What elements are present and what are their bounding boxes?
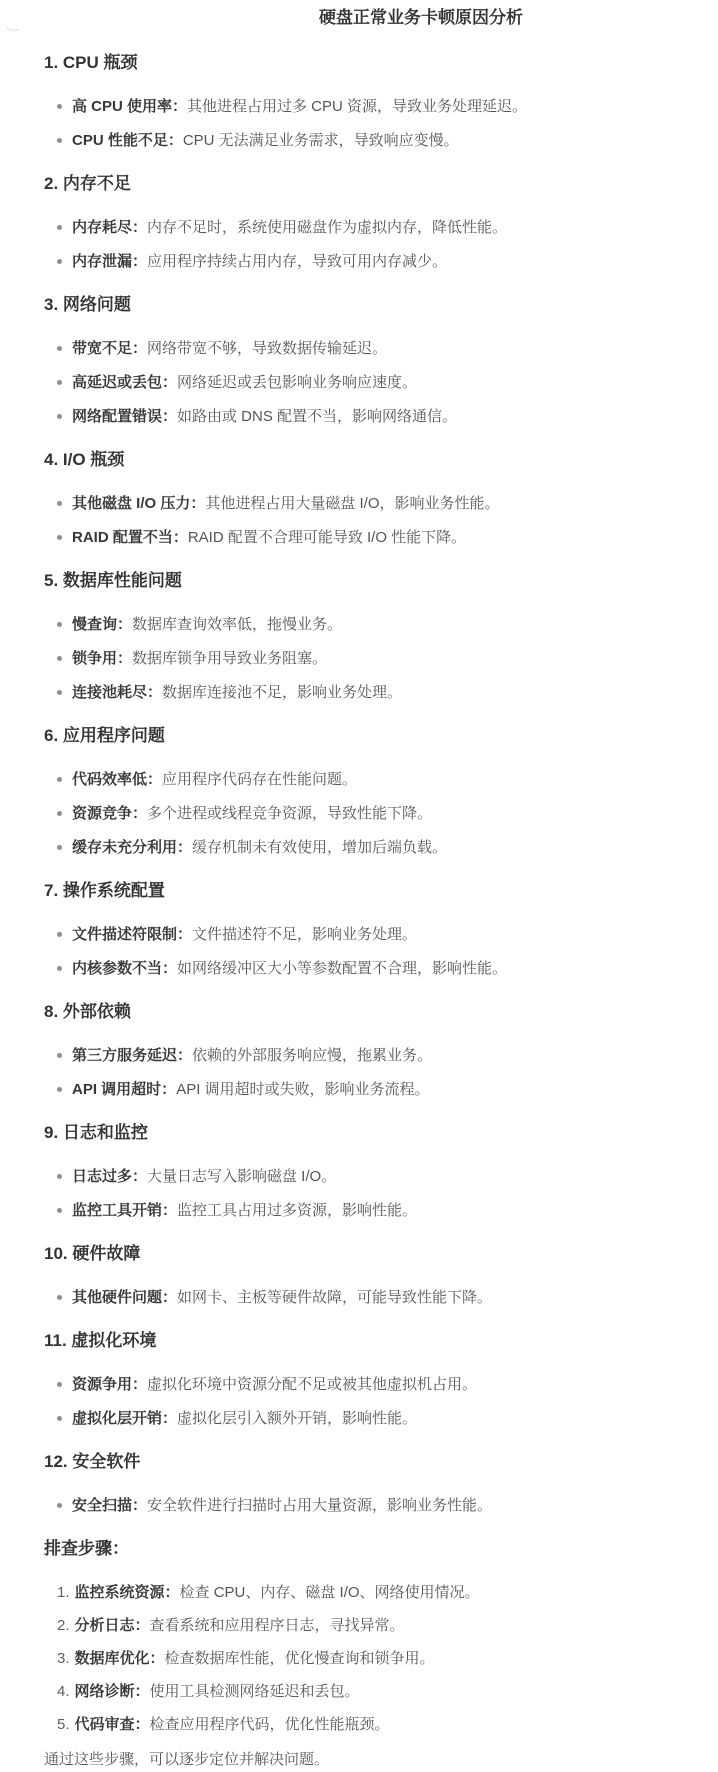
item-desc: 应用程序持续占用内存，导致可用内存减少。: [147, 253, 447, 270]
list-item: 监控工具开销：监控工具占用过多资源，影响性能。: [57, 1200, 694, 1221]
bullet-list: 资源争用：虚拟化环境中资源分配不足或被其他虚拟机占用。 虚拟化层开销：虚拟化层引…: [44, 1374, 694, 1429]
item-desc: 安全软件进行扫描时占用大量资源，影响业务性能。: [147, 1497, 492, 1514]
item-label: 慢查询：: [72, 616, 132, 633]
step-item: 3.数据库优化：检查数据库性能，优化慢查询和锁争用。: [57, 1648, 694, 1669]
item-desc: 内存不足时，系统使用磁盘作为虚拟内存，降低性能。: [147, 219, 507, 236]
item-label: 连接池耗尽：: [72, 684, 162, 701]
step-number: 4.: [57, 1683, 70, 1700]
item-desc: 其他进程占用大量磁盘 I/O，影响业务性能。: [205, 495, 499, 512]
section-title: 1. CPU 瓶颈: [44, 52, 694, 74]
section-os-config: 7. 操作系统配置 文件描述符限制：文件描述符不足，影响业务处理。 内核参数不当…: [44, 880, 694, 979]
item-label: 第三方服务延迟：: [72, 1047, 192, 1064]
item-desc: CPU 无法满足业务需求，导致响应变慢。: [183, 132, 459, 149]
section-memory: 2. 内存不足 内存耗尽：内存不足时，系统使用磁盘作为虚拟内存，降低性能。 内存…: [44, 173, 694, 272]
item-desc: 依赖的外部服务响应慢，拖累业务。: [192, 1047, 432, 1064]
list-item: RAID 配置不当：RAID 配置不合理可能导致 I/O 性能下降。: [57, 527, 694, 548]
bullet-list: 其他磁盘 I/O 压力：其他进程占用大量磁盘 I/O，影响业务性能。 RAID …: [44, 493, 694, 548]
section-network: 3. 网络问题 带宽不足：网络带宽不够，导致数据传输延迟。 高延迟或丢包：网络延…: [44, 294, 694, 427]
item-label: 其他硬件问题：: [72, 1289, 177, 1306]
list-item: 缓存未充分利用：缓存机制未有效使用，增加后端负载。: [57, 837, 694, 858]
list-item: 锁争用：数据库锁争用导致业务阻塞。: [57, 648, 694, 669]
step-label: 网络诊断：: [75, 1683, 150, 1700]
item-label: 其他磁盘 I/O 压力：: [72, 495, 205, 512]
section-title: 7. 操作系统配置: [44, 880, 694, 902]
bullet-list: 带宽不足：网络带宽不够，导致数据传输延迟。 高延迟或丢包：网络延迟或丢包影响业务…: [44, 338, 694, 427]
section-title: 4. I/O 瓶颈: [44, 449, 694, 471]
step-desc: 查看系统和应用程序日志，寻找异常。: [150, 1617, 405, 1634]
step-number: 5.: [57, 1716, 70, 1733]
section-title: 10. 硬件故障: [44, 1243, 694, 1265]
page-title: 硬盘正常业务卡顿原因分析: [319, 6, 694, 30]
section-title: 5. 数据库性能问题: [44, 570, 694, 592]
list-item: 网络配置错误：如路由或 DNS 配置不当，影响网络通信。: [57, 406, 694, 427]
section-title: 11. 虚拟化环境: [44, 1330, 694, 1352]
item-desc: 应用程序代码存在性能问题。: [162, 771, 357, 788]
item-label: 带宽不足：: [72, 340, 147, 357]
list-item: 内核参数不当：如网络缓冲区大小等参数配置不合理，影响性能。: [57, 958, 694, 979]
item-desc: 虚拟化层引入额外开销，影响性能。: [177, 1410, 417, 1427]
section-external-deps: 8. 外部依赖 第三方服务延迟：依赖的外部服务响应慢，拖累业务。 API 调用超…: [44, 1001, 694, 1100]
item-desc: 数据库连接池不足，影响业务处理。: [162, 684, 402, 701]
section-title: 3. 网络问题: [44, 294, 694, 316]
step-desc: 检查数据库性能，优化慢查询和锁争用。: [165, 1650, 435, 1667]
section-hardware: 10. 硬件故障 其他硬件问题：如网卡、主板等硬件故障，可能导致性能下降。: [44, 1243, 694, 1308]
bullet-list: 日志过多：大量日志写入影响磁盘 I/O。 监控工具开销：监控工具占用过多资源，影…: [44, 1166, 694, 1221]
section-troubleshooting-steps: 排查步骤： 1.监控系统资源：检查 CPU、内存、磁盘 I/O、网络使用情况。 …: [44, 1538, 694, 1735]
item-label: 高延迟或丢包：: [72, 374, 177, 391]
bullet-list: 内存耗尽：内存不足时，系统使用磁盘作为虚拟内存，降低性能。 内存泄漏：应用程序持…: [44, 217, 694, 272]
bullet-list: 代码效率低：应用程序代码存在性能问题。 资源竞争：多个进程或线程竞争资源，导致性…: [44, 769, 694, 858]
list-item: 慢查询：数据库查询效率低，拖慢业务。: [57, 614, 694, 635]
bullet-list: 第三方服务延迟：依赖的外部服务响应慢，拖累业务。 API 调用超时：API 调用…: [44, 1045, 694, 1100]
list-item: 虚拟化层开销：虚拟化层引入额外开销，影响性能。: [57, 1408, 694, 1429]
item-label: 安全扫描：: [72, 1497, 147, 1514]
list-item: 第三方服务延迟：依赖的外部服务响应慢，拖累业务。: [57, 1045, 694, 1066]
step-number: 3.: [57, 1650, 70, 1667]
section-logging-monitoring: 9. 日志和监控 日志过多：大量日志写入影响磁盘 I/O。 监控工具开销：监控工…: [44, 1122, 694, 1221]
bullet-list: 高 CPU 使用率：其他进程占用过多 CPU 资源，导致业务处理延迟。 CPU …: [44, 96, 694, 151]
item-label: 网络配置错误：: [72, 408, 177, 425]
list-item: CPU 性能不足：CPU 无法满足业务需求，导致响应变慢。: [57, 130, 694, 151]
list-item: 代码效率低：应用程序代码存在性能问题。: [57, 769, 694, 790]
section-virtualization: 11. 虚拟化环境 资源争用：虚拟化环境中资源分配不足或被其他虚拟机占用。 虚拟…: [44, 1330, 694, 1429]
item-label: RAID 配置不当：: [72, 529, 188, 546]
step-desc: 检查应用程序代码，优化性能瓶颈。: [150, 1716, 390, 1733]
item-label: 代码效率低：: [72, 771, 162, 788]
item-desc: 如路由或 DNS 配置不当，影响网络通信。: [177, 408, 457, 425]
item-desc: 缓存机制未有效使用，增加后端负载。: [192, 839, 447, 856]
item-label: 高 CPU 使用率：: [72, 98, 187, 115]
item-desc: 大量日志写入影响磁盘 I/O。: [147, 1168, 336, 1185]
item-desc: 监控工具占用过多资源，影响性能。: [177, 1202, 417, 1219]
step-number: 1.: [57, 1584, 70, 1601]
step-label: 监控系统资源：: [75, 1584, 180, 1601]
bullet-list: 安全扫描：安全软件进行扫描时占用大量资源，影响业务性能。: [44, 1495, 694, 1516]
item-desc: 网络带宽不够，导致数据传输延迟。: [147, 340, 387, 357]
item-label: CPU 性能不足：: [72, 132, 183, 149]
step-item: 5.代码审查：检查应用程序代码，优化性能瓶颈。: [57, 1714, 694, 1735]
item-label: 内存耗尽：: [72, 219, 147, 236]
item-desc: 多个进程或线程竞争资源，导致性能下降。: [147, 805, 432, 822]
item-label: API 调用超时：: [72, 1081, 176, 1098]
item-label: 虚拟化层开销：: [72, 1410, 177, 1427]
list-item: 其他磁盘 I/O 压力：其他进程占用大量磁盘 I/O，影响业务性能。: [57, 493, 694, 514]
steps-heading: 排查步骤：: [44, 1538, 694, 1560]
section-security-software: 12. 安全软件 安全扫描：安全软件进行扫描时占用大量资源，影响业务性能。: [44, 1451, 694, 1516]
step-number: 2.: [57, 1617, 70, 1634]
step-label: 代码审查：: [75, 1716, 150, 1733]
list-item: 资源争用：虚拟化环境中资源分配不足或被其他虚拟机占用。: [57, 1374, 694, 1395]
section-title: 6. 应用程序问题: [44, 725, 694, 747]
list-item: 安全扫描：安全软件进行扫描时占用大量资源，影响业务性能。: [57, 1495, 694, 1516]
list-item: 高延迟或丢包：网络延迟或丢包影响业务响应速度。: [57, 372, 694, 393]
section-database: 5. 数据库性能问题 慢查询：数据库查询效率低，拖慢业务。 锁争用：数据库锁争用…: [44, 570, 694, 703]
item-desc: 文件描述符不足，影响业务处理。: [192, 926, 417, 943]
step-label: 数据库优化：: [75, 1650, 165, 1667]
bullet-list: 其他硬件问题：如网卡、主板等硬件故障，可能导致性能下降。: [44, 1287, 694, 1308]
item-label: 资源竞争：: [72, 805, 147, 822]
section-title: 12. 安全软件: [44, 1451, 694, 1473]
item-label: 内核参数不当：: [72, 960, 177, 977]
item-desc: RAID 配置不合理可能导致 I/O 性能下降。: [188, 529, 466, 546]
section-title: 8. 外部依赖: [44, 1001, 694, 1023]
item-label: 资源争用：: [72, 1376, 147, 1393]
item-desc: 数据库锁争用导致业务阻塞。: [132, 650, 327, 667]
section-cpu: 1. CPU 瓶颈 高 CPU 使用率：其他进程占用过多 CPU 资源，导致业务…: [44, 52, 694, 151]
list-item: 文件描述符限制：文件描述符不足，影响业务处理。: [57, 924, 694, 945]
item-label: 日志过多：: [72, 1168, 147, 1185]
item-desc: 虚拟化环境中资源分配不足或被其他虚拟机占用。: [147, 1376, 477, 1393]
list-item: 日志过多：大量日志写入影响磁盘 I/O。: [57, 1166, 694, 1187]
step-item: 2.分析日志：查看系统和应用程序日志，寻找异常。: [57, 1615, 694, 1636]
list-item: 内存耗尽：内存不足时，系统使用磁盘作为虚拟内存，降低性能。: [57, 217, 694, 238]
list-item: 内存泄漏：应用程序持续占用内存，导致可用内存减少。: [57, 251, 694, 272]
section-title: 9. 日志和监控: [44, 1122, 694, 1144]
item-desc: 其他进程占用过多 CPU 资源，导致业务处理延迟。: [187, 98, 527, 115]
item-label: 缓存未充分利用：: [72, 839, 192, 856]
list-item: 带宽不足：网络带宽不够，导致数据传输延迟。: [57, 338, 694, 359]
bullet-list: 慢查询：数据库查询效率低，拖慢业务。 锁争用：数据库锁争用导致业务阻塞。 连接池…: [44, 614, 694, 703]
scrolled-content-edge: [5, 24, 19, 31]
closing-paragraph: 通过这些步骤，可以逐步定位并解决问题。: [44, 1749, 694, 1770]
step-desc: 检查 CPU、内存、磁盘 I/O、网络使用情况。: [180, 1584, 480, 1601]
item-label: 文件描述符限制：: [72, 926, 192, 943]
item-desc: 如网卡、主板等硬件故障，可能导致性能下降。: [177, 1289, 492, 1306]
item-desc: API 调用超时或失败，影响业务流程。: [176, 1081, 429, 1098]
step-item: 1.监控系统资源：检查 CPU、内存、磁盘 I/O、网络使用情况。: [57, 1582, 694, 1603]
section-title: 2. 内存不足: [44, 173, 694, 195]
step-item: 4.网络诊断：使用工具检测网络延迟和丢包。: [57, 1681, 694, 1702]
item-desc: 数据库查询效率低，拖慢业务。: [132, 616, 342, 633]
list-item: API 调用超时：API 调用超时或失败，影响业务流程。: [57, 1079, 694, 1100]
item-label: 内存泄漏：: [72, 253, 147, 270]
list-item: 其他硬件问题：如网卡、主板等硬件故障，可能导致性能下降。: [57, 1287, 694, 1308]
step-desc: 使用工具检测网络延迟和丢包。: [150, 1683, 360, 1700]
item-desc: 如网络缓冲区大小等参数配置不合理，影响性能。: [177, 960, 507, 977]
document-body: 硬盘正常业务卡顿原因分析 1. CPU 瓶颈 高 CPU 使用率：其他进程占用过…: [0, 0, 718, 1770]
list-item: 连接池耗尽：数据库连接池不足，影响业务处理。: [57, 682, 694, 703]
section-io: 4. I/O 瓶颈 其他磁盘 I/O 压力：其他进程占用大量磁盘 I/O，影响业…: [44, 449, 694, 548]
step-label: 分析日志：: [75, 1617, 150, 1634]
list-item: 资源竞争：多个进程或线程竞争资源，导致性能下降。: [57, 803, 694, 824]
steps-list: 1.监控系统资源：检查 CPU、内存、磁盘 I/O、网络使用情况。 2.分析日志…: [44, 1582, 694, 1735]
list-item: 高 CPU 使用率：其他进程占用过多 CPU 资源，导致业务处理延迟。: [57, 96, 694, 117]
item-label: 锁争用：: [72, 650, 132, 667]
bullet-list: 文件描述符限制：文件描述符不足，影响业务处理。 内核参数不当：如网络缓冲区大小等…: [44, 924, 694, 979]
item-label: 监控工具开销：: [72, 1202, 177, 1219]
item-desc: 网络延迟或丢包影响业务响应速度。: [177, 374, 417, 391]
section-application: 6. 应用程序问题 代码效率低：应用程序代码存在性能问题。 资源竞争：多个进程或…: [44, 725, 694, 858]
